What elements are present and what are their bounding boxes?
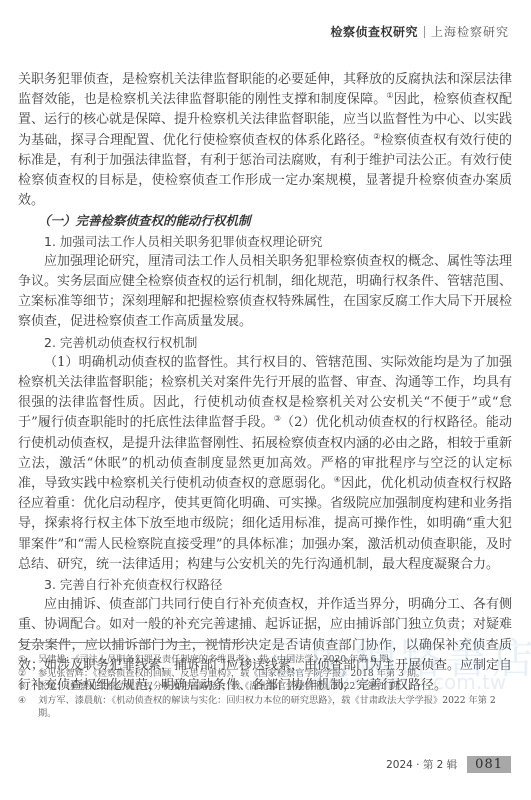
footnote-text: 吴建雄：《司法人员职务犯罪及责任制度的多维思考》，载《中国法学》2020 年第 … xyxy=(38,653,512,667)
subheading-3: 3. 完善自行补充侦查权行权路径 xyxy=(18,575,512,595)
footnote-mark: ① xyxy=(18,653,38,667)
footnote-item: ② 参见张智辉：《检察侦查权的回顾、反思与重构》，载《国家检察官学院学报》201… xyxy=(18,667,512,681)
paragraph-1: 关职务犯罪侦查，是检察机关法律监督职能的必要延伸，其释放的反腐执法和深层法律监督… xyxy=(18,70,512,211)
footnote-ref-2[interactable]: ② xyxy=(373,132,380,141)
page-number: 081 xyxy=(467,756,511,773)
paragraph-3: （1）明确机动侦查权的监督性。其行权目的、管辖范围、实际效能均是为了加强检察机关… xyxy=(18,353,512,575)
subheading-2: 2. 完善机动侦查权行权机制 xyxy=(18,333,512,353)
footnote-ref-1[interactable]: ① xyxy=(386,91,393,100)
footnote-divider xyxy=(18,642,250,643)
section-heading-1: （一）完善检察侦查权的能动行权机制 xyxy=(18,211,512,231)
running-header: 检察侦查权研究 上海检察研究 xyxy=(330,23,509,40)
journal-name: 上海检察研究 xyxy=(431,23,509,40)
footnote-ref-3[interactable]: ③ xyxy=(274,414,281,423)
footnote-mark: ③ xyxy=(18,680,38,694)
footnote-item: ① 吴建雄：《司法人员职务犯罪及责任制度的多维思考》，载《中国法学》2020 年… xyxy=(18,653,512,667)
subheading-1: 1. 加强司法工作人员相关职务犯罪侦查权理论研究 xyxy=(18,232,512,252)
paragraph-2: 应加强理论研究，厘清司法工作人员相关职务犯罪检察侦查权的概念、属性等法理争议。实… xyxy=(18,252,512,333)
footnote-mark: ② xyxy=(18,667,38,681)
page-folio: 2024 · 第 2 辑 081 xyxy=(386,756,511,773)
footnote-text: 张敏：《检察机关机动侦查权分析及完善路径》，载《湖北警官学院学报》2022 年第… xyxy=(38,680,512,694)
article-body: 关职务犯罪侦查，是检察机关法律监督职能的必要延伸，其释放的反腐执法和深层法律监督… xyxy=(18,70,512,696)
footnote-item: ④ 刘方军、漆晨航：《机动侦查权的解读与实化：回归权力本位的研究思路》，载《甘肃… xyxy=(18,694,512,721)
footnote-text: 参见张智辉：《检察侦查权的回顾、反思与重构》，载《国家检察官学院学报》2018 … xyxy=(38,667,512,681)
header-divider xyxy=(424,26,425,38)
footnote-ref-4[interactable]: ④ xyxy=(334,475,341,484)
footnotes: ① 吴建雄：《司法人员职务犯罪及责任制度的多维思考》，载《中国法学》2020 年… xyxy=(18,653,512,721)
footnote-item: ③ 张敏：《检察机关机动侦查权分析及完善路径》，载《湖北警官学院学报》2022 … xyxy=(18,680,512,694)
footnote-mark: ④ xyxy=(18,694,38,721)
section-title: 检察侦查权研究 xyxy=(330,23,418,40)
issue-label: 2024 · 第 2 辑 xyxy=(386,757,457,772)
footnote-text: 刘方军、漆晨航：《机动侦查权的解读与实化：回归权力本位的研究思路》，载《甘肃政法… xyxy=(38,694,512,721)
